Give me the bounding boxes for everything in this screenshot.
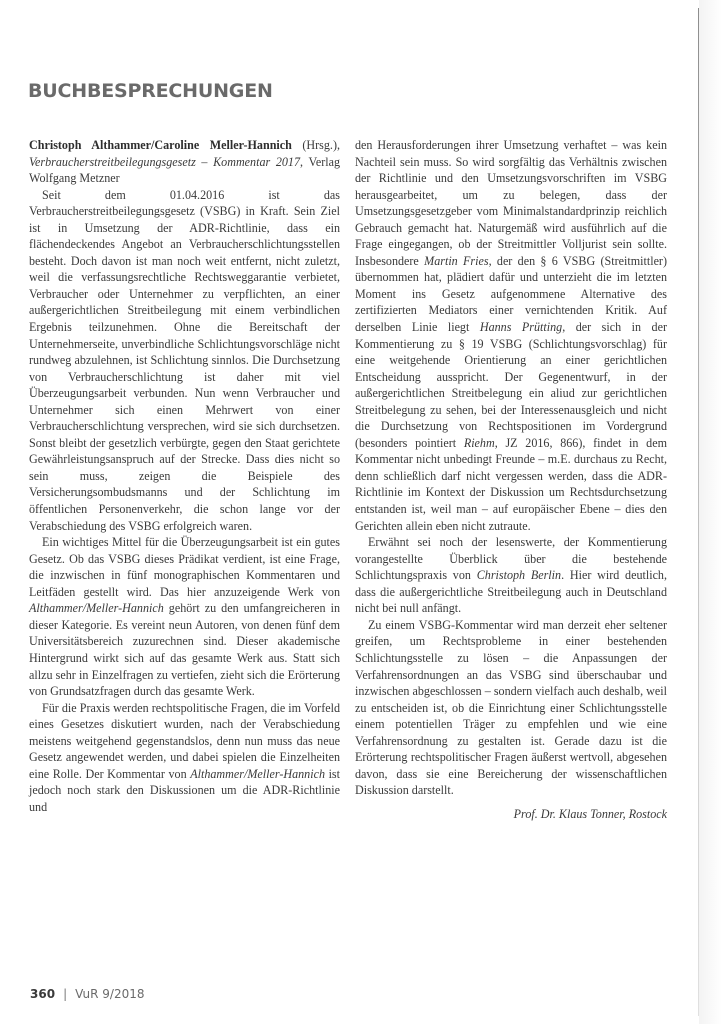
column-right: den Herausforderungen ihrer Umsetzung ve… bbox=[355, 137, 667, 822]
cited-name: Althammer/Meller-Hannich bbox=[29, 601, 164, 615]
paragraph-2-text-b: gehört zu den umfangreicheren in dieser … bbox=[29, 601, 340, 698]
paragraph-3: Für die Praxis werden rechtspolitische F… bbox=[29, 700, 340, 816]
book-authors: Christoph Althammer/Caroline Meller-Hann… bbox=[29, 138, 292, 152]
column-left: Christoph Althammer/Caroline Meller-Hann… bbox=[29, 137, 340, 815]
page-number: 360 bbox=[30, 987, 55, 1001]
paragraph-5: Zu einem VSBG-Kommentar wird man derzeit… bbox=[355, 617, 667, 799]
reviewer-signature: Prof. Dr. Klaus Tonner, Rostock bbox=[355, 806, 667, 823]
editor-note: (Hrsg.), bbox=[292, 138, 340, 152]
paragraph-2: Ein wichtiges Mittel für die Überzeugung… bbox=[29, 534, 340, 699]
cited-name: Riehm bbox=[464, 436, 495, 450]
cited-name: Martin Fries bbox=[424, 254, 488, 268]
cited-name: Christoph Berlin bbox=[477, 568, 561, 582]
paragraph-1: Seit dem 01.04.2016 ist das Verbrauchers… bbox=[29, 187, 340, 534]
footer-separator: | bbox=[63, 987, 67, 1001]
book-title: Verbraucherstreitbeilegungsgesetz – Komm… bbox=[29, 155, 300, 169]
paragraph-3-text-e: , JZ 2016, 866), findet in dem Kommentar… bbox=[355, 436, 667, 533]
page-gutter-shadow bbox=[699, 0, 722, 1024]
paragraph-4: Erwähnt sei noch der lesenswerte, der Ko… bbox=[355, 534, 667, 617]
paragraph-2-text-a: Ein wichtiges Mittel für die Überzeugung… bbox=[29, 535, 340, 599]
paragraph-3-continued: den Herausforderungen ihrer Umsetzung ve… bbox=[355, 137, 667, 534]
page-edge-line bbox=[698, 8, 699, 1016]
journal-issue: VuR 9/2018 bbox=[75, 987, 144, 1001]
bibliography-entry: Christoph Althammer/Caroline Meller-Hann… bbox=[29, 137, 340, 187]
paragraph-3-text-b-end: den Herausforderungen ihrer Umsetzung ve… bbox=[355, 138, 667, 268]
cited-name: Hanns Prütting bbox=[480, 320, 562, 334]
cited-name: Althammer/Meller-Hannich bbox=[190, 767, 325, 781]
page-footer: 360|VuR 9/2018 bbox=[30, 987, 144, 1001]
paragraph-3-text-d: , der sich in der Kommentierung zu § 19 … bbox=[355, 320, 667, 450]
section-title: BUCHBESPRECHUNGEN bbox=[28, 80, 273, 102]
